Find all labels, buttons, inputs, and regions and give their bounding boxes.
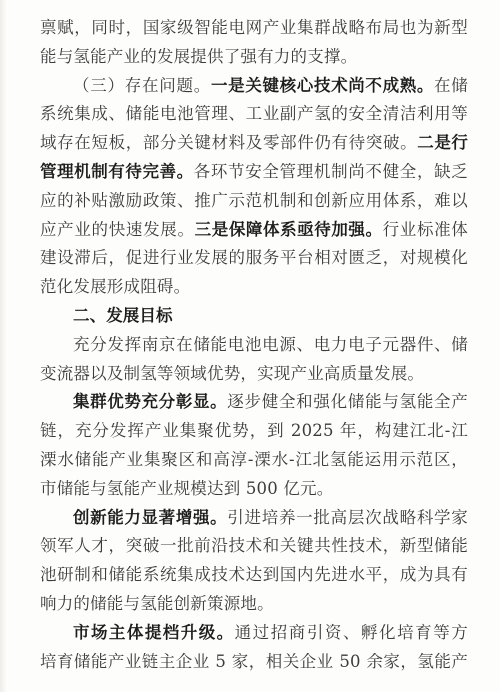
text-segment: 池研制和储能系统集成技术达到国内先进水平，成为具有影 (40, 565, 468, 590)
bold-text-segment: 管理机制有待完善。 (40, 162, 194, 181)
document-line: 链，充分发挥产业集聚优势，到 2025 年，构建江北-江宁- (40, 417, 468, 446)
document-line: 池研制和储能系统集成技术达到国内先进水平，成为具有影 (40, 561, 468, 590)
document-line: 范化发展形成阻碍。 (40, 273, 468, 302)
text-segment: 系统集成、储能电池管理、工业副产氢的安全清洁利用等领 (40, 104, 468, 129)
document-line: 管理机制有待完善。各环节安全管理机制尚不健全，缺乏相 (40, 158, 468, 187)
text-segment: 应的补贴激励政策、推广示范机制和创新应用体系，难以适 (40, 191, 468, 216)
text-segment: 市储能与氢能产业规模达到 500 亿元。 (40, 479, 333, 498)
document-line: 域存在短板，部分关键材料及零部件仍有待突破。二是行业 (40, 129, 468, 158)
document-line: 市场主体提档升级。通过招商引资、孵化培育等方式， (40, 619, 468, 648)
document-line: 溧水储能产业集聚区和高淳-溧水-江北氢能运用示范区，全 (40, 446, 468, 475)
document-line: （三）存在问题。一是关键核心技术尚不成熟。在储能 (40, 72, 468, 101)
text-segment: 建设滞后，促进行业发展的服务平台相对匮乏，对规模化规 (40, 248, 468, 273)
document-line: 领军人才，突破一批前沿技术和关键共性技术，新型储能电 (40, 532, 468, 561)
text-segment: 应产业的快速发展。 (40, 220, 195, 239)
document-line: 建设滞后，促进行业发展的服务平台相对匮乏，对规模化规 (40, 244, 468, 273)
text-segment: 变流器以及制氢等领域优势，实现产业高质量发展。 (40, 364, 424, 383)
bold-text-segment: 创新能力显著增强。 (73, 508, 227, 527)
text-segment: 溧水储能产业集聚区和高淳-溧水-江北氢能运用示范区，全 (40, 450, 468, 475)
document-body: 禀赋，同时，国家级智能电网产业集群战略布局也为新型储能与氢能产业的发展提供了强有… (40, 14, 468, 676)
scanned-document-page: 禀赋，同时，国家级智能电网产业集群战略布局也为新型储能与氢能产业的发展提供了强有… (0, 0, 500, 692)
text-segment: 领军人才，突破一批前沿技术和关键共性技术，新型储能电 (40, 536, 468, 561)
document-line: 响力的储能与氢能创新策源地。 (40, 590, 468, 619)
document-line: 禀赋，同时，国家级智能电网产业集群战略布局也为新型储 (40, 14, 468, 43)
bold-text-segment: 集群优势充分彰显。 (73, 392, 227, 411)
document-line: 集群优势充分彰显。逐步健全和强化储能与氢能全产业 (40, 388, 468, 417)
document-line: 变流器以及制氢等领域优势，实现产业高质量发展。 (40, 360, 468, 389)
bold-text-segment: 市场主体提档升级。 (73, 623, 235, 642)
text-segment: （三）存在问题。 (73, 76, 211, 95)
text-segment: 禀赋，同时，国家级智能电网产业集群战略布局也为新型储 (40, 18, 468, 43)
text-segment: 范化发展形成阻碍。 (40, 277, 190, 296)
text-segment: 培育储能产业链主企业 5 家，相关企业 50 余家，氢能产业 (40, 652, 468, 677)
document-line: 应的补贴激励政策、推广示范机制和创新应用体系，难以适 (40, 187, 468, 216)
text-segment: 能与氢能产业的发展提供了强有力的支撑。 (40, 47, 357, 66)
document-line: 二、发展目标 (40, 302, 468, 331)
text-segment: 链，充分发挥产业集聚优势，到 2025 年，构建江北-江宁- (40, 421, 468, 446)
document-line: 培育储能产业链主企业 5 家，相关企业 50 余家，氢能产业 (40, 648, 468, 677)
document-line: 充分发挥南京在储能电池电源、电力电子元器件、储能 (40, 331, 468, 360)
document-line: 市储能与氢能产业规模达到 500 亿元。 (40, 475, 468, 504)
text-segment: 响力的储能与氢能创新策源地。 (40, 594, 274, 613)
text-segment: 充分发挥南京在储能电池电源、电力电子元器件、储能 (40, 335, 468, 360)
bold-text-segment: 二、发展目标 (73, 306, 173, 325)
document-line: 应产业的快速发展。三是保障体系亟待加强。行业标准体系 (40, 216, 468, 245)
bold-text-segment: 三是保障体系亟待加强。 (195, 220, 383, 239)
document-line: 能与氢能产业的发展提供了强有力的支撑。 (40, 43, 468, 72)
document-line: 创新能力显著增强。引进培养一批高层次战略科学家和 (40, 504, 468, 533)
text-segment: 域存在短板，部分关键材料及零部件仍有待突破。 (40, 133, 417, 152)
document-line: 系统集成、储能电池管理、工业副产氢的安全清洁利用等领 (40, 100, 468, 129)
bold-text-segment: 一是关键核心技术尚不成熟。 (211, 76, 434, 95)
